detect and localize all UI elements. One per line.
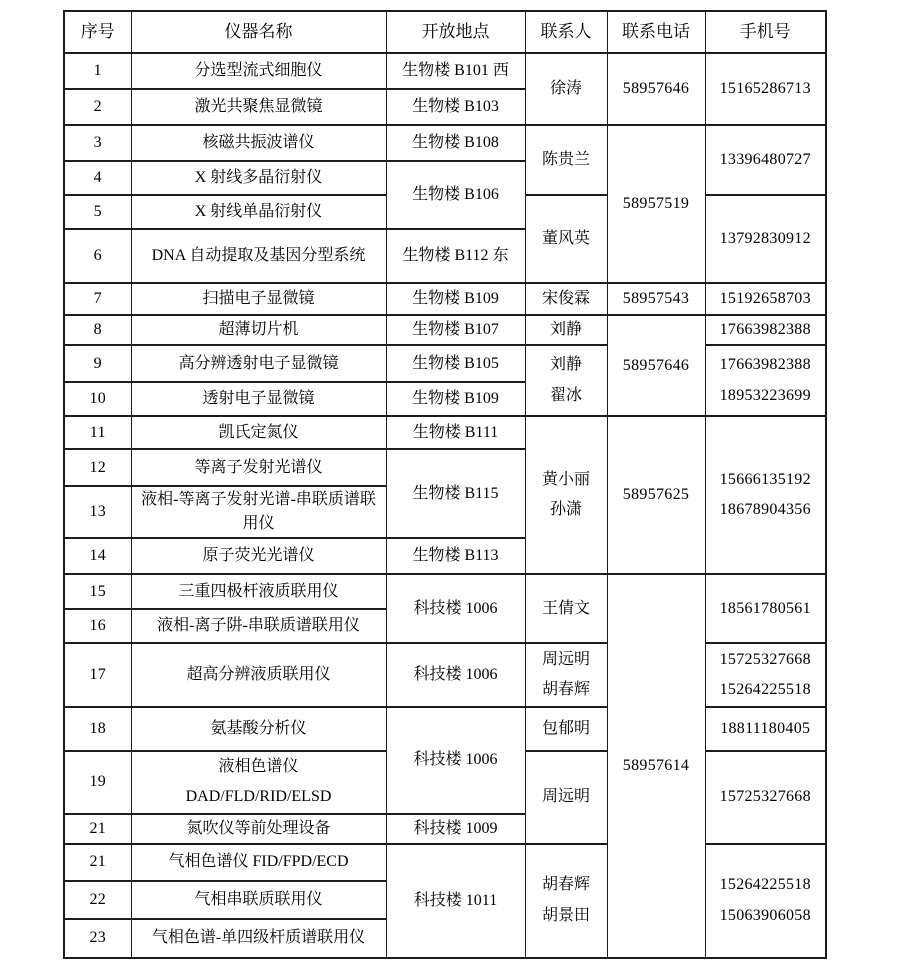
- header-contact: 联系人: [525, 11, 607, 53]
- seq-cell: 14: [64, 538, 131, 574]
- seq-cell: 16: [64, 609, 131, 643]
- location-cell: 科技楼 1006: [386, 643, 525, 707]
- location-cell: 生物楼 B107: [386, 315, 525, 345]
- contact-line: 胡春辉: [529, 675, 604, 705]
- contact-line: 胡景田: [529, 901, 604, 931]
- instrument-cell: 等离子发射光谱仪: [131, 449, 386, 486]
- instrument-line: DAD/FLD/RID/ELSD: [135, 782, 383, 812]
- seq-cell: 21: [64, 844, 131, 881]
- mobile-line: 18678904356: [709, 495, 823, 525]
- instrument-cell: 气相串联质联用仪: [131, 881, 386, 919]
- location-cell: 科技楼 1011: [386, 844, 525, 958]
- seq-cell: 3: [64, 125, 131, 161]
- instrument-cell: 气相色谱仪 FID/FPD/ECD: [131, 844, 386, 881]
- contact-cell: 董风英: [525, 195, 607, 283]
- instrument-cell: 超薄切片机: [131, 315, 386, 345]
- seq-cell: 18: [64, 707, 131, 751]
- mobile-cell: 17663982388: [705, 315, 826, 345]
- mobile-cell: 15264225518 15063906058: [705, 844, 826, 958]
- mobile-cell: 15165286713: [705, 53, 826, 125]
- mobile-line: 15063906058: [709, 901, 823, 931]
- instrument-cell: 超高分辨液质联用仪: [131, 643, 386, 707]
- mobile-cell: 18561780561: [705, 574, 826, 643]
- phone-cell: 58957625: [607, 416, 705, 574]
- mobile-line: 15264225518: [709, 675, 823, 705]
- instrument-cell: 液相-等离子发射光谱-串联质谱联用仪: [131, 486, 386, 538]
- contact-cell: 宋俊霖: [525, 283, 607, 315]
- phone-cell: 58957519: [607, 125, 705, 283]
- table-row: 7 扫描电子显微镜 生物楼 B109 宋俊霖 58957543 15192658…: [64, 283, 826, 315]
- contact-cell: 王倩文: [525, 574, 607, 643]
- instrument-cell: 氨基酸分析仪: [131, 707, 386, 751]
- location-cell: 科技楼 1009: [386, 814, 525, 844]
- contact-cell: 刘静: [525, 315, 607, 345]
- instrument-line: 液相色谱仪: [135, 752, 383, 782]
- table-row: 18 氨基酸分析仪 科技楼 1006 包郁明 18811180405: [64, 707, 826, 751]
- header-phone: 联系电话: [607, 11, 705, 53]
- contact-line: 黄小丽: [529, 465, 604, 495]
- seq-cell: 8: [64, 315, 131, 345]
- instrument-cell: X 射线多晶衍射仪: [131, 161, 386, 195]
- seq-cell: 10: [64, 382, 131, 416]
- mobile-line: 15666135192: [709, 465, 823, 495]
- seq-cell: 17: [64, 643, 131, 707]
- instrument-cell: 透射电子显微镜: [131, 382, 386, 416]
- location-cell: 生物楼 B111: [386, 416, 525, 449]
- contact-cell: 徐涛: [525, 53, 607, 125]
- contact-cell: 陈贵兰: [525, 125, 607, 195]
- contact-cell: 黄小丽 孙潇: [525, 416, 607, 574]
- table-row: 3 核磁共振波谱仪 生物楼 B108 陈贵兰 58957519 13396480…: [64, 125, 826, 161]
- mobile-cell: 15666135192 18678904356: [705, 416, 826, 574]
- mobile-cell: 17663982388 18953223699: [705, 345, 826, 416]
- mobile-cell: 15725327668 15264225518: [705, 643, 826, 707]
- seq-cell: 19: [64, 751, 131, 814]
- table-row: 8 超薄切片机 生物楼 B107 刘静 58957646 17663982388: [64, 315, 826, 345]
- location-cell: 生物楼 B109: [386, 283, 525, 315]
- mobile-cell: 13792830912: [705, 195, 826, 283]
- instrument-cell: 分选型流式细胞仪: [131, 53, 386, 89]
- instrument-cell: 三重四极杆液质联用仪: [131, 574, 386, 609]
- contact-line: 孙潇: [529, 495, 604, 525]
- instrument-cell: 凯氏定氮仪: [131, 416, 386, 449]
- location-cell: 科技楼 1006: [386, 707, 525, 814]
- mobile-cell: 18811180405: [705, 707, 826, 751]
- header-seq: 序号: [64, 11, 131, 53]
- table-row: 1 分选型流式细胞仪 生物楼 B101 西 徐涛 58957646 151652…: [64, 53, 826, 89]
- table-row: 15 三重四极杆液质联用仪 科技楼 1006 王倩文 58957614 1856…: [64, 574, 826, 609]
- table-row: 9 高分辨透射电子显微镜 生物楼 B105 刘静 翟冰 17663982388 …: [64, 345, 826, 382]
- table-row: 17 超高分辨液质联用仪 科技楼 1006 周远明 胡春辉 1572532766…: [64, 643, 826, 707]
- seq-cell: 12: [64, 449, 131, 486]
- header-instrument: 仪器名称: [131, 11, 386, 53]
- contact-cell: 刘静 翟冰: [525, 345, 607, 416]
- phone-cell: 58957646: [607, 53, 705, 125]
- instrument-cell: 原子荧光光谱仪: [131, 538, 386, 574]
- seq-cell: 15: [64, 574, 131, 609]
- seq-cell: 21: [64, 814, 131, 844]
- header-location: 开放地点: [386, 11, 525, 53]
- table-row: 21 气相色谱仪 FID/FPD/ECD 科技楼 1011 胡春辉 胡景田 15…: [64, 844, 826, 881]
- mobile-line: 15264225518: [709, 870, 823, 900]
- seq-cell: 1: [64, 53, 131, 89]
- seq-cell: 22: [64, 881, 131, 919]
- contact-cell: 胡春辉 胡景田: [525, 844, 607, 958]
- location-cell: 生物楼 B106: [386, 161, 525, 229]
- contact-line: 翟冰: [529, 381, 604, 411]
- phone-cell: 58957646: [607, 315, 705, 416]
- location-cell: 科技楼 1006: [386, 574, 525, 643]
- contact-line: 周远明: [529, 645, 604, 675]
- contact-cell: 周远明: [525, 751, 607, 844]
- header-mobile: 手机号: [705, 11, 826, 53]
- mobile-cell: 15725327668: [705, 751, 826, 844]
- location-cell: 生物楼 B115: [386, 449, 525, 538]
- seq-cell: 23: [64, 919, 131, 958]
- instrument-cell: X 射线单晶衍射仪: [131, 195, 386, 229]
- seq-cell: 2: [64, 89, 131, 125]
- mobile-line: 18953223699: [709, 381, 823, 411]
- location-cell: 生物楼 B112 东: [386, 229, 525, 283]
- instrument-cell: 核磁共振波谱仪: [131, 125, 386, 161]
- location-cell: 生物楼 B113: [386, 538, 525, 574]
- mobile-cell: 15192658703: [705, 283, 826, 315]
- seq-cell: 5: [64, 195, 131, 229]
- mobile-line: 15725327668: [709, 645, 823, 675]
- table-row: 11 凯氏定氮仪 生物楼 B111 黄小丽 孙潇 58957625 156661…: [64, 416, 826, 449]
- instrument-cell: 氮吹仪等前处理设备: [131, 814, 386, 844]
- location-cell: 生物楼 B105: [386, 345, 525, 382]
- instrument-cell: 扫描电子显微镜: [131, 283, 386, 315]
- instrument-cell: 气相色谱-单四级杆质谱联用仪: [131, 919, 386, 958]
- mobile-cell: 13396480727: [705, 125, 826, 195]
- instrument-cell: 液相色谱仪 DAD/FLD/RID/ELSD: [131, 751, 386, 814]
- contact-line: 刘静: [529, 350, 604, 380]
- instrument-cell: 液相-离子阱-串联质谱联用仪: [131, 609, 386, 643]
- seq-cell: 7: [64, 283, 131, 315]
- instrument-cell: DNA 自动提取及基因分型系统: [131, 229, 386, 283]
- seq-cell: 4: [64, 161, 131, 195]
- seq-cell: 6: [64, 229, 131, 283]
- seq-cell: 9: [64, 345, 131, 382]
- phone-cell: 58957543: [607, 283, 705, 315]
- mobile-line: 17663982388: [709, 350, 823, 380]
- location-cell: 生物楼 B101 西: [386, 53, 525, 89]
- instrument-cell: 高分辨透射电子显微镜: [131, 345, 386, 382]
- equipment-table: 序号 仪器名称 开放地点 联系人 联系电话 手机号 1 分选型流式细胞仪 生物楼…: [63, 10, 827, 959]
- location-cell: 生物楼 B109: [386, 382, 525, 416]
- document-page: 序号 仪器名称 开放地点 联系人 联系电话 手机号 1 分选型流式细胞仪 生物楼…: [0, 0, 902, 960]
- location-cell: 生物楼 B108: [386, 125, 525, 161]
- contact-cell: 周远明 胡春辉: [525, 643, 607, 707]
- seq-cell: 11: [64, 416, 131, 449]
- location-cell: 生物楼 B103: [386, 89, 525, 125]
- header-row: 序号 仪器名称 开放地点 联系人 联系电话 手机号: [64, 11, 826, 53]
- phone-cell: 58957614: [607, 574, 705, 958]
- instrument-cell: 激光共聚焦显微镜: [131, 89, 386, 125]
- seq-cell: 13: [64, 486, 131, 538]
- contact-line: 胡春辉: [529, 870, 604, 900]
- contact-cell: 包郁明: [525, 707, 607, 751]
